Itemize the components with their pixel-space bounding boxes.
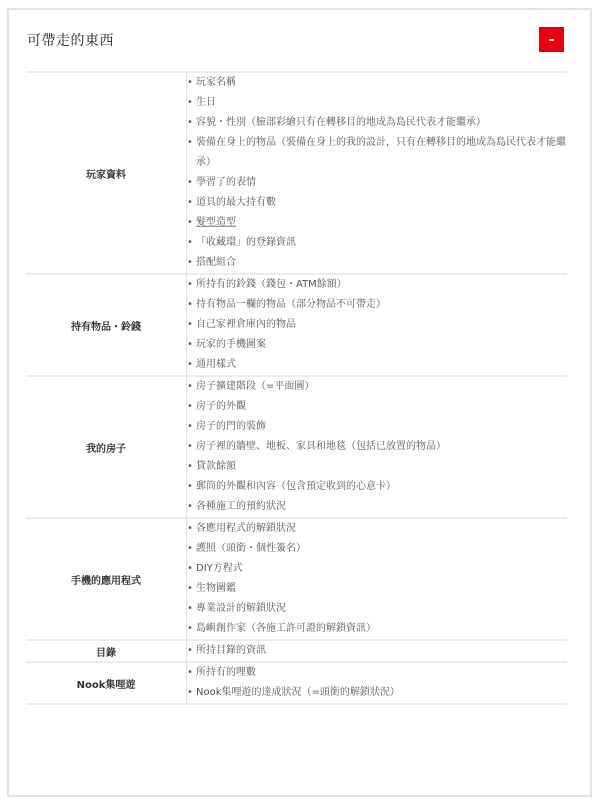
list-item: 裝備在身上的物品（裝備在身上的我的設計，只有在轉移目的地成為島民代表才能繼承） — [187, 133, 567, 173]
list-item: DIY方程式 — [187, 559, 567, 579]
list-item: 「收藏環」的登錄資訊 — [187, 233, 567, 253]
item-list-cell: 各應用程式的解鎖狀況 護照（頭銜・個性簽名） DIY方程式 生物圖鑑 專業設計的… — [187, 518, 568, 640]
list-item: 道具的最大持有數 — [187, 193, 567, 213]
table-row: 持有物品・鈴錢 所持有的鈴錢（錢包・ATM餘額） 持有物品一欄的物品（部分物品不… — [26, 274, 567, 376]
list-item: 玩家名稱 — [187, 73, 567, 93]
table-row: 我的房子 房子擴建階段（=平面圖） 房子的外觀 房子的門的裝飾 房子裡的牆壁、地… — [26, 376, 567, 518]
item-list-cell: 房子擴建階段（=平面圖） 房子的外觀 房子的門的裝飾 房子裡的牆壁、地板、家具和… — [187, 376, 568, 518]
table-row: 玩家資料 玩家名稱 生日 容貌・性別（臉部彩繪只有在轉移目的地成為島民代表才能繼… — [26, 72, 567, 274]
card-header: 可帶走的東西 — [9, 10, 590, 70]
portable-items-card: 可帶走的東西 玩家資料 玩家名稱 生日 容貌・性別（臉部彩繪只有在轉移目的地成為… — [7, 8, 592, 797]
list-item: 持有物品一欄的物品（部分物品不可帶走） — [187, 295, 567, 315]
item-list: 玩家名稱 生日 容貌・性別（臉部彩繪只有在轉移目的地成為島民代表才能繼承） 裝備… — [187, 73, 567, 273]
list-item: 專業設計的解鎖狀況 — [187, 599, 567, 619]
item-list-cell: 所持目錄的資訊 — [187, 640, 568, 662]
item-list: 所持有的鈴錢（錢包・ATM餘額） 持有物品一欄的物品（部分物品不可帶走） 自己家… — [187, 275, 567, 375]
list-item: 所持有的鈴錢（錢包・ATM餘額） — [187, 275, 567, 295]
list-item: 房子擴建階段（=平面圖） — [187, 377, 567, 397]
list-item: 生物圖鑑 — [187, 579, 567, 599]
list-item: 各應用程式的解鎖狀況 — [187, 519, 567, 539]
item-list: 房子擴建階段（=平面圖） 房子的外觀 房子的門的裝飾 房子裡的牆壁、地板、家具和… — [187, 377, 567, 517]
list-item: 房子的外觀 — [187, 397, 567, 417]
item-list-cell: 玩家名稱 生日 容貌・性別（臉部彩繪只有在轉移目的地成為島民代表才能繼承） 裝備… — [187, 72, 568, 274]
list-item: 各種施工的預約狀況 — [187, 497, 567, 517]
list-item: 護照（頭銜・個性簽名） — [187, 539, 567, 559]
list-item: 通用樣式 — [187, 355, 567, 375]
category-label: 我的房子 — [26, 376, 187, 518]
table-row: 目錄 所持目錄的資訊 — [26, 640, 567, 662]
card-title: 可帶走的東西 — [27, 30, 114, 50]
item-list: 各應用程式的解鎖狀況 護照（頭銜・個性簽名） DIY方程式 生物圖鑑 專業設計的… — [187, 519, 567, 639]
list-item: 生日 — [187, 93, 567, 113]
category-label: Nook集哩遊 — [26, 662, 187, 704]
hairstyle-link[interactable]: 髮型造型 — [196, 217, 236, 228]
list-item: 自己家裡倉庫內的物品 — [187, 315, 567, 335]
collapse-button[interactable] — [539, 27, 564, 52]
table-row: 手機的應用程式 各應用程式的解鎖狀況 護照（頭銜・個性簽名） DIY方程式 生物… — [26, 518, 567, 640]
list-item: 島嶼創作家（各施工許可證的解鎖資訊） — [187, 619, 567, 639]
list-item-link[interactable]: 髮型造型 — [187, 213, 567, 233]
list-item: 所持有的哩數 — [187, 663, 567, 683]
item-list-cell: 所持有的鈴錢（錢包・ATM餘額） 持有物品一欄的物品（部分物品不可帶走） 自己家… — [187, 274, 568, 376]
list-item: 容貌・性別（臉部彩繪只有在轉移目的地成為島民代表才能繼承） — [187, 113, 567, 133]
portable-items-table: 玩家資料 玩家名稱 生日 容貌・性別（臉部彩繪只有在轉移目的地成為島民代表才能繼… — [26, 71, 567, 705]
list-item: 搭配組合 — [187, 253, 567, 273]
list-item: 房子的門的裝飾 — [187, 417, 567, 437]
list-item: 貸款餘額 — [187, 457, 567, 477]
item-list-cell: 所持有的哩數 Nook集哩遊的達成狀況（=頭銜的解鎖狀況） — [187, 662, 568, 704]
list-item: 所持目錄的資訊 — [187, 641, 567, 661]
category-label: 玩家資料 — [26, 72, 187, 274]
category-label: 目錄 — [26, 640, 187, 662]
list-item: 學習了的表情 — [187, 173, 567, 193]
list-item: Nook集哩遊的達成狀況（=頭銜的解鎖狀況） — [187, 683, 567, 703]
item-list: 所持目錄的資訊 — [187, 641, 567, 661]
list-item: 房子裡的牆壁、地板、家具和地毯（包括已放置的物品） — [187, 437, 567, 457]
item-list: 所持有的哩數 Nook集哩遊的達成狀況（=頭銜的解鎖狀況） — [187, 663, 567, 703]
category-label: 持有物品・鈴錢 — [26, 274, 187, 376]
minus-icon — [549, 39, 554, 41]
list-item: 郵筒的外觀和內容（包含預定收到的心意卡） — [187, 477, 567, 497]
table-row: Nook集哩遊 所持有的哩數 Nook集哩遊的達成狀況（=頭銜的解鎖狀況） — [26, 662, 567, 704]
list-item: 玩家的手機圖案 — [187, 335, 567, 355]
category-label: 手機的應用程式 — [26, 518, 187, 640]
